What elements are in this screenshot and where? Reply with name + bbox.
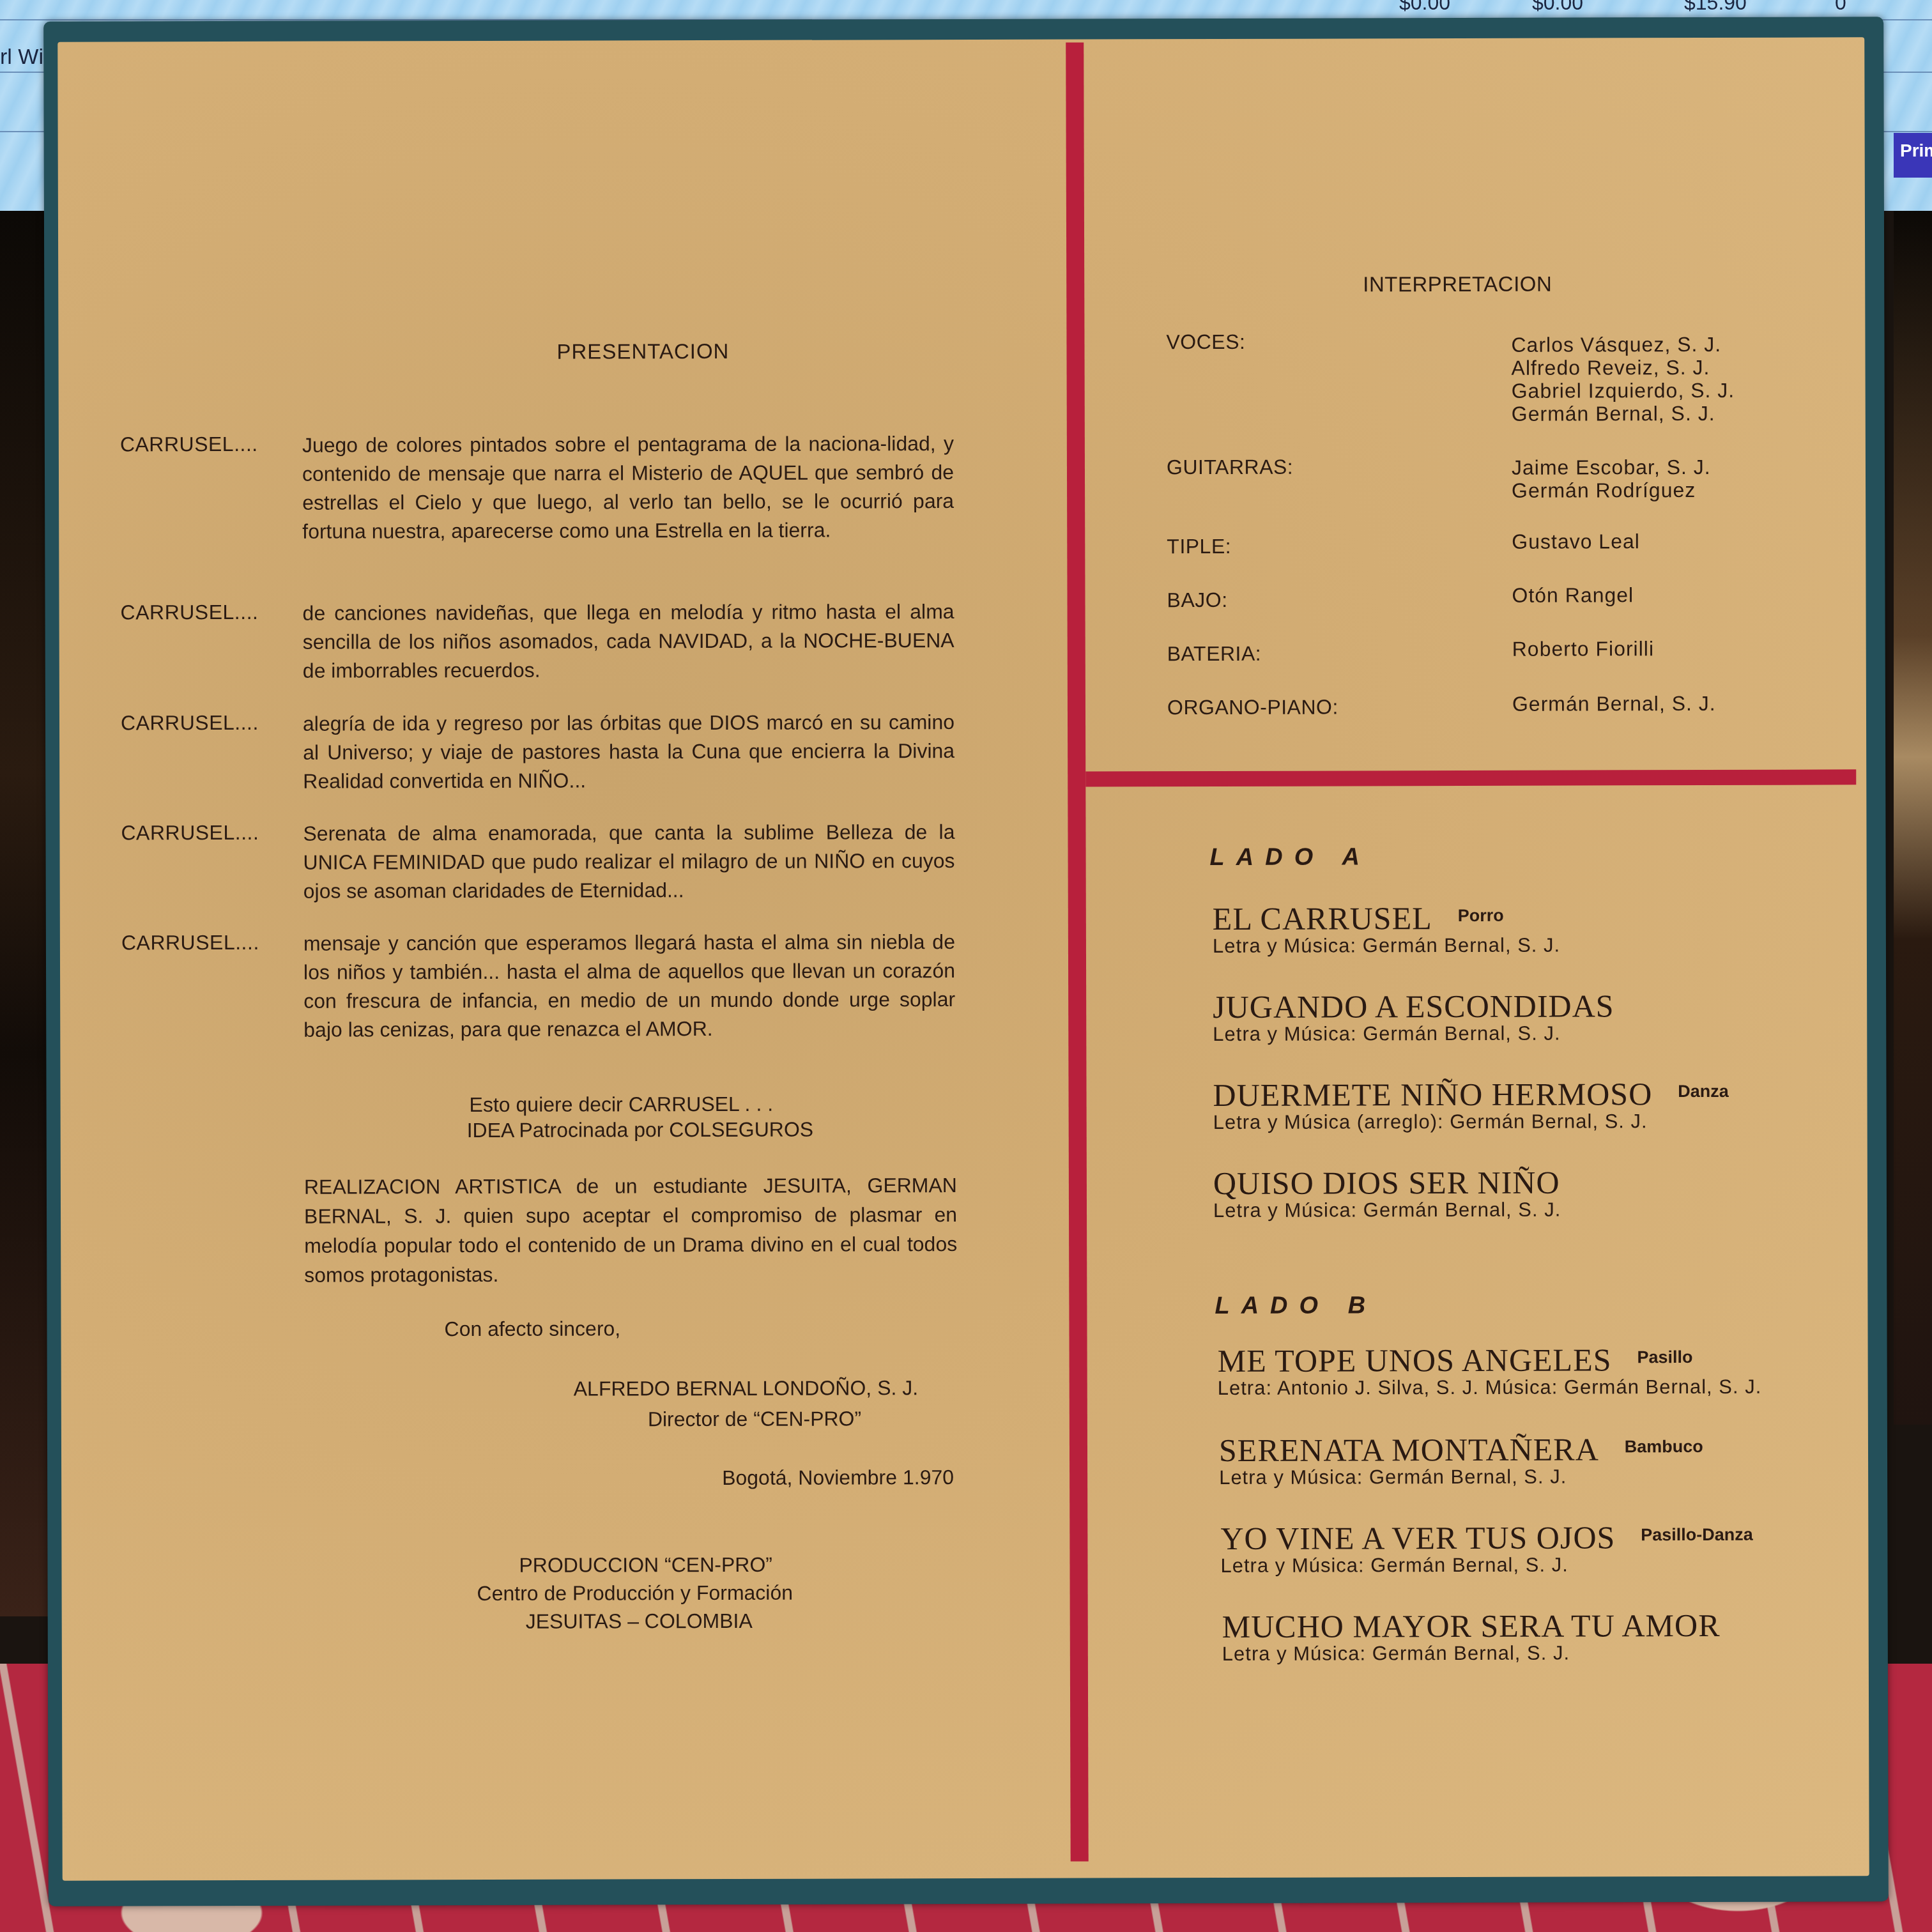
track-genre: Porro: [1458, 906, 1504, 926]
paragraph-label: CARRUSEL....: [120, 433, 258, 457]
monitor-primary-button: Prim: [1894, 133, 1932, 178]
paragraph-text: Juego de colores pintados sobre el penta…: [302, 429, 954, 546]
track-item: YO VINE A VER TUS OJOSPasillo-Danza Letr…: [1220, 1518, 1923, 1577]
track-item: ME TOPE UNOS ANGELESPasillo Letra: Anton…: [1218, 1340, 1920, 1400]
background-shelf-left: [0, 211, 51, 1616]
presentacion-paragraph: CARRUSEL.... mensaje y canción que esper…: [121, 929, 1029, 931]
track-item: JUGANDO A ESCONDIDAS Letra y Música: Ger…: [1213, 986, 1915, 1046]
background-shelf-right: [1894, 211, 1932, 1425]
credit-row-voces: VOCES: Carlos Vásquez, S. J. Alfredo Rev…: [1166, 328, 1869, 330]
credit-role: TIPLE:: [1167, 535, 1231, 558]
credit-name: Germán Bernal, S. J.: [1512, 402, 1735, 425]
credit-name: Gustavo Leal: [1512, 530, 1640, 553]
credit-row-bajo: BAJO: Otón Rangel: [1167, 586, 1869, 588]
credit-row-bateria: BATERIA: Roberto Fiorilli: [1167, 640, 1870, 642]
monitor-cell: $0.00: [1399, 0, 1450, 15]
credit-role: VOCES:: [1166, 330, 1245, 354]
track-credit: Letra y Música: Germán Bernal, S. J.: [1213, 1197, 1916, 1222]
meaning-line: Esto quiere decir CARRUSEL . . .: [470, 1091, 774, 1118]
credit-name: Germán Bernal, S. J.: [1512, 692, 1716, 716]
credit-names: Carlos Vásquez, S. J. Alfredo Reveiz, S.…: [1511, 333, 1735, 425]
credit-name: Germán Rodríguez: [1512, 479, 1711, 502]
track-item: EL CARRUSELPorro Letra y Música: Germán …: [1213, 898, 1915, 958]
paragraph-text: mensaje y canción que esperamos llegará …: [303, 928, 955, 1045]
presentacion-paragraph: CARRUSEL.... alegría de ida y regreso po…: [121, 709, 1028, 712]
track-credit: Letra y Música: Germán Bernal, S. J.: [1222, 1641, 1925, 1666]
paragraph-text: Serenata de alma enamorada, que canta la…: [303, 818, 954, 906]
track-title: SERENATA MONTAÑERA: [1219, 1430, 1599, 1469]
track-genre: Pasillo: [1637, 1347, 1692, 1367]
paragraph-text: alegría de ida y regreso por las órbitas…: [303, 708, 954, 796]
credit-row-tiple: TIPLE: Gustavo Leal: [1167, 533, 1869, 535]
closing-line: Con afecto sincero,: [444, 1317, 620, 1341]
paragraph-label: CARRUSEL....: [121, 931, 259, 955]
monitor-cell: $15.90: [1684, 0, 1747, 15]
credit-role: BATERIA:: [1167, 642, 1262, 666]
credit-row-organo-piano: ORGANO-PIANO: Germán Bernal, S. J.: [1167, 694, 1870, 696]
credit-role: ORGANO-PIANO:: [1167, 695, 1338, 719]
presentacion-paragraph: CARRUSEL.... de canciones navideñas, que…: [121, 599, 1028, 601]
track-title: MUCHO MAYOR SERA TU AMOR: [1222, 1607, 1721, 1645]
sponsor-line: IDEA Patrocinada por COLSEGUROS: [467, 1116, 814, 1144]
credit-names: Otón Rangel: [1512, 583, 1634, 606]
paragraph-label: CARRUSEL....: [121, 821, 259, 845]
track-item: SERENATA MONTAÑERABambuco Letra y Música…: [1219, 1430, 1922, 1489]
credit-names: Gustavo Leal: [1512, 530, 1640, 553]
credit-name: Carlos Vásquez, S. J.: [1511, 333, 1735, 356]
track-item: DUERMETE NIÑO HERMOSODanza Letra y Músic…: [1213, 1075, 1915, 1134]
credit-name: Gabriel Izquierdo, S. J.: [1512, 379, 1735, 402]
presentacion-title: PRESENTACION: [556, 339, 729, 364]
credit-row-guitarras: GUITARRAS: Jaime Escobar, S. J. Germán R…: [1167, 454, 1869, 456]
track-title: YO VINE A VER TUS OJOS: [1220, 1519, 1615, 1557]
track-credit: Letra: Antonio J. Silva, S. J. Música: G…: [1218, 1375, 1920, 1400]
track-credit: Letra y Música: Germán Bernal, S. J.: [1213, 1021, 1915, 1046]
presentacion-paragraph: CARRUSEL.... Juego de colores pintados s…: [120, 431, 1027, 433]
credit-name: Otón Rangel: [1512, 583, 1634, 606]
side-a-label: LADO A: [1210, 843, 1371, 871]
paragraph-text: de canciones navideñas, que llega en mel…: [303, 597, 954, 686]
credit-name: Alfredo Reveiz, S. J.: [1512, 356, 1735, 379]
track-credit: Letra y Música (arreglo): Germán Bernal,…: [1213, 1109, 1916, 1134]
credit-names: Germán Bernal, S. J.: [1512, 692, 1716, 716]
red-horizontal-rule: [1085, 769, 1856, 786]
side-b-label: LADO B: [1215, 1292, 1377, 1320]
track-genre: Danza: [1678, 1082, 1729, 1101]
album-back-cover: PRESENTACION CARRUSEL.... Juego de color…: [57, 37, 1869, 1880]
credit-name: Jaime Escobar, S. J.: [1512, 456, 1711, 479]
track-title: QUISO DIOS SER NIÑO: [1213, 1164, 1560, 1202]
credit-names: Jaime Escobar, S. J. Germán Rodríguez: [1512, 456, 1711, 502]
album-sleeve: PRESENTACION CARRUSEL.... Juego de color…: [43, 17, 1889, 1906]
paragraph-label: CARRUSEL....: [121, 601, 259, 625]
realizacion-paragraph: REALIZACION ARTISTICA de un estudiante J…: [304, 1170, 957, 1290]
production-line: JESUITAS – COLOMBIA: [526, 1609, 753, 1634]
track-title: ME TOPE UNOS ANGELES: [1218, 1341, 1612, 1379]
signer-name: ALFREDO BERNAL LONDOÑO, S. J.: [574, 1376, 918, 1400]
red-vertical-rule: [1066, 43, 1088, 1862]
track-title: JUGANDO A ESCONDIDAS: [1213, 987, 1614, 1025]
track-credit: Letra y Música: Germán Bernal, S. J.: [1219, 1464, 1922, 1489]
signer-title: Director de “CEN-PRO”: [648, 1407, 861, 1431]
paragraph-label: CARRUSEL....: [121, 711, 259, 735]
production-line: PRODUCCION “CEN-PRO”: [519, 1553, 772, 1577]
track-item: MUCHO MAYOR SERA TU AMOR Letra y Música:…: [1222, 1606, 1925, 1666]
presentacion-paragraph: CARRUSEL.... Serenata de alma enamorada,…: [121, 819, 1028, 822]
production-line: Centro de Producción y Formación: [477, 1581, 793, 1606]
place-date: Bogotá, Noviembre 1.970: [722, 1466, 954, 1490]
interpretacion-title: INTERPRETACION: [1363, 272, 1552, 297]
track-genre: Bambuco: [1625, 1437, 1703, 1457]
track-item: QUISO DIOS SER NIÑO Letra y Música: Germ…: [1213, 1163, 1916, 1222]
track-credit: Letra y Música: Germán Bernal, S. J.: [1213, 933, 1915, 958]
monitor-cell: 0: [1835, 0, 1846, 15]
credit-names: Roberto Fiorilli: [1512, 637, 1654, 661]
monitor-cell: $0.00: [1532, 0, 1583, 15]
track-credit: Letra y Música: Germán Bernal, S. J.: [1220, 1552, 1923, 1577]
credit-role: BAJO:: [1167, 588, 1227, 612]
track-genre: Pasillo-Danza: [1641, 1525, 1753, 1545]
credit-name: Roberto Fiorilli: [1512, 637, 1654, 661]
track-title: EL CARRUSEL: [1213, 900, 1432, 937]
track-title: DUERMETE NIÑO HERMOSO: [1213, 1075, 1652, 1114]
credit-role: GUITARRAS:: [1167, 456, 1293, 480]
